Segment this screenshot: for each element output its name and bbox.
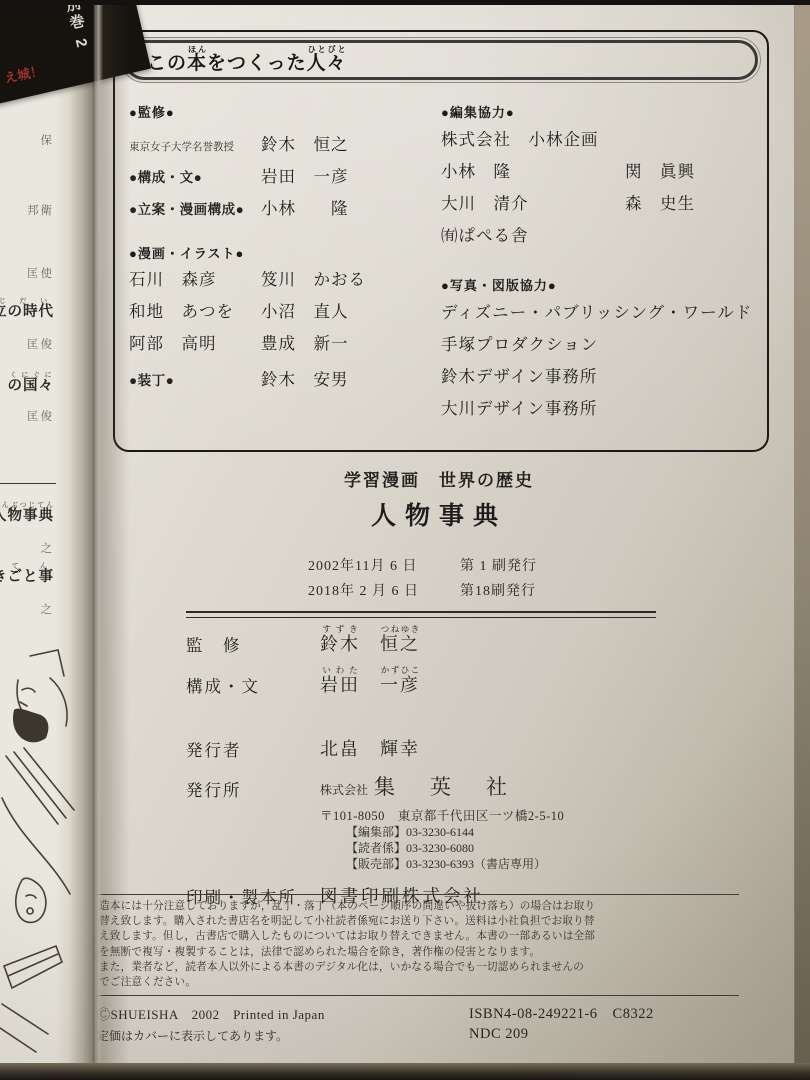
fine-print-line: 替え致します。購入された書店名を明記して小社読者係宛にお送り下さい。送料は小社負… — [99, 914, 737, 929]
fine-print-line: え致します。但し，古書店で購入したものについてはお取り替えできません。本書の一部… — [99, 929, 737, 944]
editing-name-row: 小林 隆関 眞興 — [441, 159, 759, 185]
planning-row: ●立案・漫画構成● 小林 隆 — [129, 195, 429, 219]
ndc-line: NDC 209 — [469, 1024, 654, 1044]
title-mid: をつくった — [207, 53, 307, 74]
manga-name-row: 石川 森彦笈川 かおる — [129, 267, 429, 294]
publisher-person-row: 発行者 北畠 輝幸 — [186, 735, 761, 761]
printing-row: 2002年11月 6 日第 1 刷発行 — [113, 554, 765, 579]
spine-divider-rule — [0, 483, 56, 484]
spine-fragment: 立の時代じだい — [0, 298, 54, 321]
publisher-row: 発行所 株式会社集 英 社 — [186, 771, 761, 801]
spine-fragment: 匡使 — [27, 265, 54, 281]
credits-column-right: ●編集協力● 株式会社 小林企画 小林 隆関 眞興 大川 清介森 史生 ㈲ぱぺる… — [429, 96, 759, 444]
fine-print-line: でご注意ください。 — [99, 975, 737, 990]
printing-date: 2018年 2 月 6 日 — [308, 579, 460, 604]
colophon: 監 修 鈴木すずき 恒之つねゆき 構成・文 岩田いわた 一彦かずひこ 発行者 北… — [186, 624, 761, 908]
title-ruby-hon: 本ほん — [187, 53, 207, 74]
editor-name: 小林 隆 — [441, 159, 625, 184]
phone-sales: 【販売部】03-3230-6393（書店専用） — [346, 856, 761, 872]
phone-editorial: 【編集部】03-3230-6144 — [346, 824, 761, 840]
footer: ⒸSHUEISHA 2002 Printed in Japan 定価はカバーに表… — [97, 1004, 742, 1044]
supervisor-label: 監 修 — [186, 632, 320, 656]
supervision-row: 東京女子大学名誉教授 鈴木 恒之 — [129, 131, 429, 155]
manga-artist: 阿部 高明 — [129, 331, 261, 357]
isbn-line: ISBN4-08-249221-6 C8322 — [469, 1004, 654, 1024]
printing-date: 2002年11月 6 日 — [308, 554, 460, 579]
editing-name-row: 大川 清介森 史生 — [441, 191, 759, 217]
section-header-manga: ●漫画・イラスト● — [129, 243, 429, 262]
publisher-address-block: 〒101-8050 東京都千代田区一ツ橋2-5-10 【編集部】03-3230-… — [320, 806, 761, 872]
publisher-person-name: 北畠 輝幸 — [320, 735, 420, 761]
gutter-shadow — [96, 0, 130, 1080]
manga-sketch-illustration — [0, 648, 96, 1078]
spine-fragment: 人物事典じんぶつじてん — [0, 502, 54, 525]
editing-company2-row: ㈲ぱぺる舎 — [441, 223, 759, 249]
photo-credit: 大川デザイン事務所 — [441, 399, 597, 418]
copyright-line: ⒸSHUEISHA 2002 Printed in Japan — [97, 1004, 469, 1023]
spine-fragment: 匡俊 — [27, 408, 54, 424]
title-ruby-hitobito: 人々ひとびと — [307, 53, 347, 74]
author-name: 岩田いわた 一彦かずひこ — [320, 665, 420, 697]
spine-fragment: 之 — [41, 601, 55, 617]
fine-print-line: 造本には十分注意しておりますが，乱丁・落丁（本のページ順序の間違いや抜け落ち）の… — [99, 899, 737, 914]
manga-artist: 小沼 直人 — [261, 302, 349, 321]
price-note: 定価はカバーに表示してあります。 — [97, 1027, 469, 1044]
photo-credit: ディズニー・パブリッシング・ワールド — [441, 303, 752, 322]
supervisor-name: 鈴木すずき 恒之つねゆき — [320, 624, 420, 656]
manga-artist: 豊成 新一 — [261, 334, 349, 353]
title-pre: この — [147, 53, 187, 74]
publisher-address: 〒101-8050 東京都千代田区一ツ橋2-5-10 — [320, 806, 761, 824]
printing-dates: 2002年11月 6 日第 1 刷発行 2018年 2 月 6 日第18刷発行 — [113, 554, 765, 604]
editor-name: 大川 清介 — [441, 191, 625, 216]
section-header-design: ●装丁● — [129, 369, 261, 389]
photo-credit: 手塚プロダクション — [441, 335, 598, 354]
supervisor-row: 監 修 鈴木すずき 恒之つねゆき — [186, 624, 761, 656]
spine-fragment: 邦衛 — [27, 202, 54, 218]
photo-top-edge — [0, 0, 810, 5]
left-page-edge: 別巻 2 え城！ 保 邦衛 匡使 立の時代じだい 匡俊 の国々くにぐに 匡俊 人… — [0, 0, 96, 1080]
design-row: ●装丁● 鈴木 安男 — [129, 366, 429, 390]
printing-label: 第 1 刷発行 — [460, 554, 570, 579]
book-colophon-photo: この本ほんをつくった人々ひとびと ●監修● 東京女子大学名誉教授 鈴木 恒之 ●… — [0, 0, 810, 1080]
background-right-strip — [795, 0, 810, 1080]
footer-right: ISBN4-08-249221-6 C8322 NDC 209 — [469, 1004, 654, 1044]
spine-fragment: 匡俊 — [27, 336, 54, 352]
spine-fragment: 保 — [41, 132, 55, 148]
photo-credit-row: ディズニー・パブリッシング・ワールド — [441, 300, 759, 326]
printing-label: 第18刷発行 — [460, 579, 570, 604]
publisher-person-label: 発行者 — [186, 737, 320, 761]
planning-name: 小林 隆 — [261, 195, 349, 219]
fine-print: 造本には十分注意しておりますが，乱丁・落丁（本のページ順序の間違いや抜け落ち）の… — [97, 894, 739, 996]
manga-name-row: 阿部 高明豊成 新一 — [129, 331, 429, 358]
spine-fragment: できごと事じてん — [0, 563, 54, 586]
section-header-supervision: ●監修● — [129, 102, 429, 121]
section-header-planning: ●立案・漫画構成● — [129, 198, 261, 218]
book-title: 人物事典 — [113, 496, 765, 532]
printing-row: 2018年 2 月 6 日第18刷発行 — [113, 579, 765, 604]
publisher-company: 集 英 社 — [374, 775, 514, 799]
title-block: 学習漫画 世界の歴史 人物事典 2002年11月 6 日第 1 刷発行 2018… — [113, 466, 765, 604]
footer-left: ⒸSHUEISHA 2002 Printed in Japan 定価はカバーに表… — [97, 1004, 469, 1044]
spine-fragment: 之 — [41, 540, 55, 556]
credits-box: この本ほんをつくった人々ひとびと ●監修● 東京女子大学名誉教授 鈴木 恒之 ●… — [113, 30, 769, 452]
credits-box-title: この本ほんをつくった人々ひとびと — [147, 45, 347, 75]
supervisor-title: 東京女子大学名誉教授 — [129, 139, 261, 154]
supervisor-name: 鈴木 恒之 — [261, 131, 349, 155]
author-row: 構成・文 岩田いわた 一彦かずひこ — [186, 665, 761, 697]
spine-band-label: 別巻 2 — [60, 0, 93, 52]
photo-credit-row: 手塚プロダクション — [441, 332, 759, 358]
publisher-name: 株式会社集 英 社 — [320, 771, 514, 801]
editing-company2-name: ㈲ぱぺる舎 — [441, 226, 529, 245]
credits-column-left: ●監修● 東京女子大学名誉教授 鈴木 恒之 ●構成・文● 岩田 一彦 ●立案・漫… — [129, 96, 429, 444]
manga-artist: 石川 森彦 — [129, 267, 261, 293]
editing-company-name: 株式会社 小林企画 — [441, 130, 599, 149]
phone-readers: 【読者係】03-3230-6080 — [346, 840, 761, 856]
photo-credit: 鈴木デザイン事務所 — [441, 367, 597, 386]
design-name: 鈴木 安男 — [261, 366, 349, 390]
photo-bottom-edge — [0, 1063, 810, 1080]
manga-name-row: 和地 あつを小沼 直人 — [129, 299, 429, 326]
composition-row: ●構成・文● 岩田 一彦 — [129, 163, 429, 187]
spine-fragment: の国々くにぐに — [8, 372, 55, 395]
fine-print-line: また，業者など，読者本人以外による本書のデジタル化は，いかなる場合でも一切認めら… — [99, 960, 737, 975]
editor-name: 森 史生 — [625, 194, 695, 213]
manga-artist: 笈川 かおる — [261, 270, 366, 289]
composition-name: 岩田 一彦 — [261, 163, 349, 187]
editor-name: 関 眞興 — [625, 162, 695, 181]
section-header-composition: ●構成・文● — [129, 166, 261, 186]
manga-artist: 和地 あつを — [129, 299, 261, 325]
section-header-editing: ●編集協力● — [441, 102, 759, 121]
fine-print-line: を無断で複写・複製することは，法律で認められた場合を除き，著作権の侵害となります… — [99, 945, 737, 960]
section-header-photo: ●写真・図版協力● — [441, 275, 759, 294]
publisher-prefix: 株式会社 — [320, 783, 368, 797]
author-label: 構成・文 — [186, 673, 320, 697]
credits-title-capsule: この本ほんをつくった人々ひとびと — [124, 40, 758, 80]
series-title: 学習漫画 世界の歴史 — [113, 466, 765, 491]
double-rule — [186, 611, 656, 618]
photo-credit-row: 鈴木デザイン事務所 — [441, 364, 759, 390]
publisher-label: 発行所 — [186, 777, 320, 801]
editing-company: 株式会社 小林企画 — [441, 127, 759, 153]
photo-credit-row: 大川デザイン事務所 — [441, 396, 759, 422]
credits-grid: ●監修● 東京女子大学名誉教授 鈴木 恒之 ●構成・文● 岩田 一彦 ●立案・漫… — [129, 96, 759, 444]
